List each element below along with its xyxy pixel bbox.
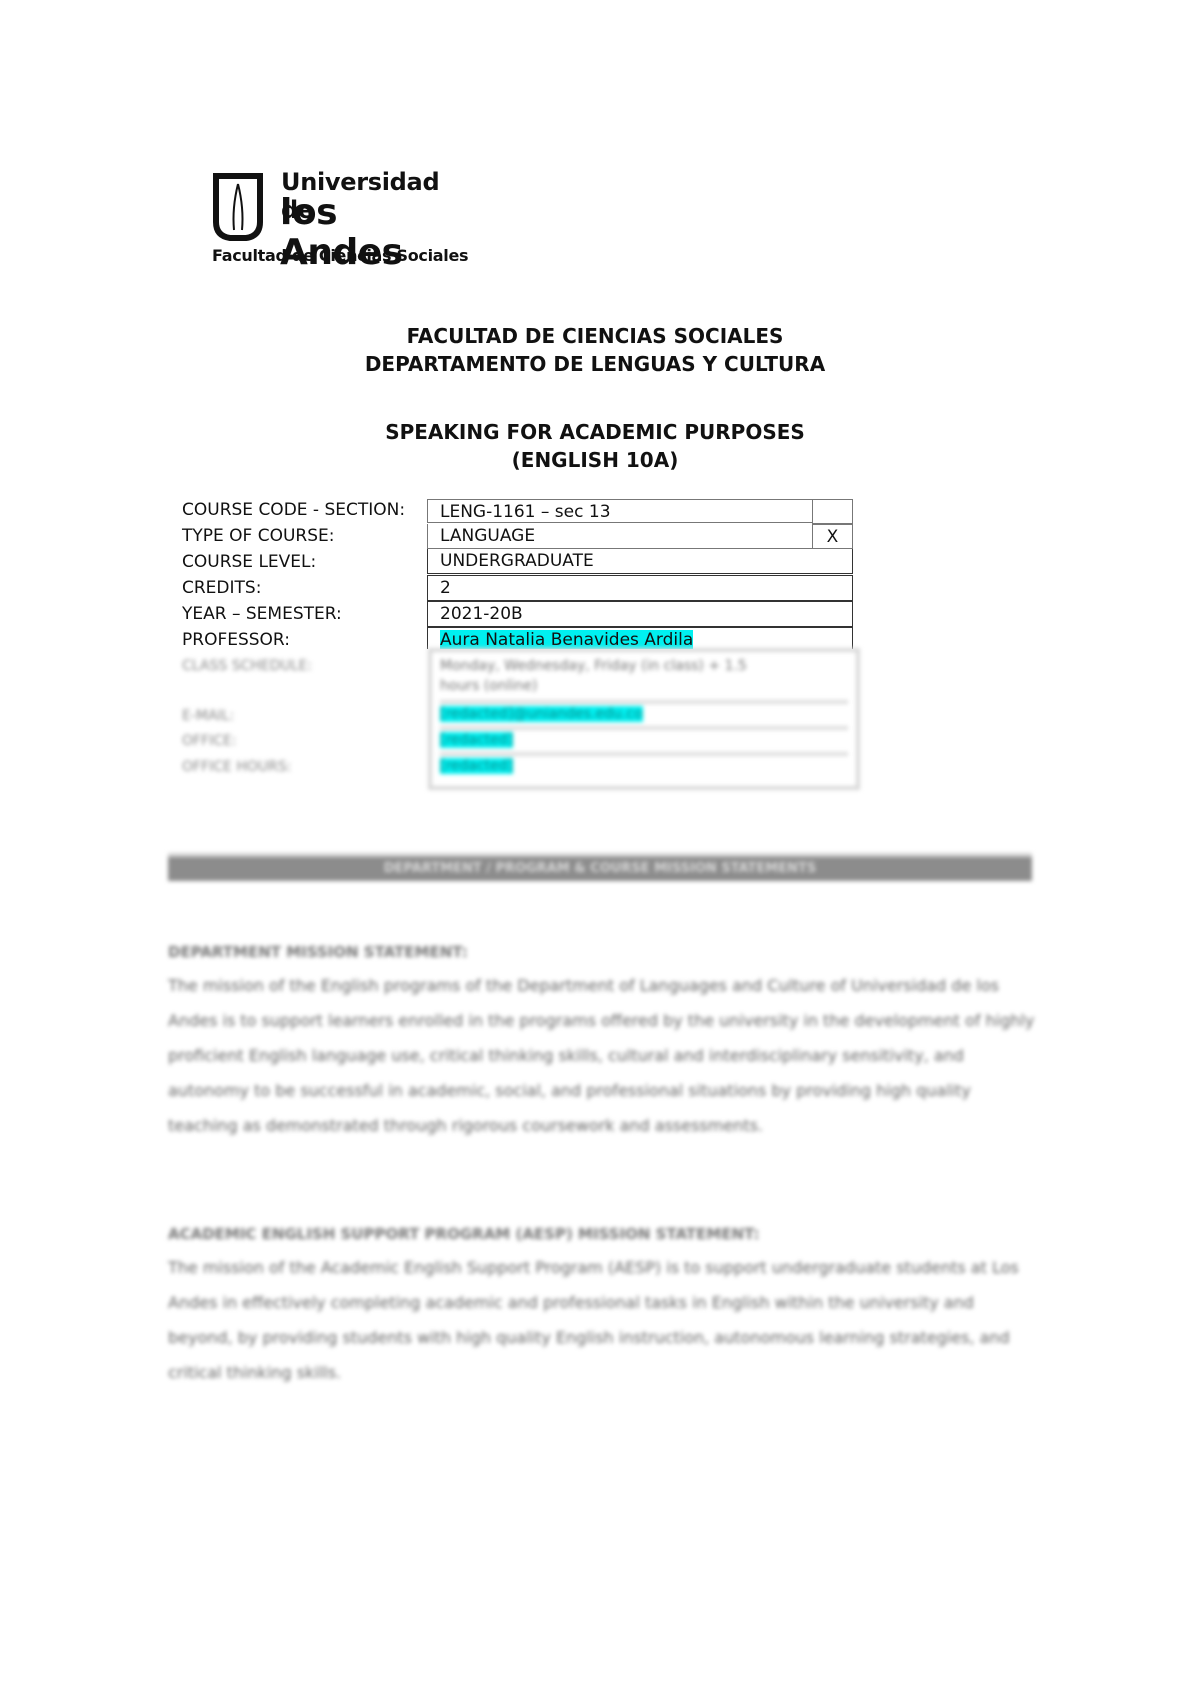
logo-emblem-icon bbox=[212, 172, 264, 242]
redacted-info-box: Monday, Wednesday, Friday (in class) + 1… bbox=[428, 648, 860, 790]
label-credits: CREDITS: bbox=[182, 575, 261, 601]
value-year-semester: 2021-20B bbox=[427, 601, 853, 627]
department-title: DEPARTAMENTO DE LENGUAS Y CULTURA bbox=[0, 350, 1190, 378]
label-class-schedule: CLASS SCHEDULE: bbox=[182, 658, 312, 674]
course-subtitle: (ENGLISH 10A) bbox=[0, 446, 1190, 474]
value-office-hours: [redacted] bbox=[440, 752, 848, 776]
label-professor: PROFESSOR: bbox=[182, 627, 290, 647]
department-mission-text: The mission of the English programs of t… bbox=[168, 968, 1038, 1143]
label-office-hours: OFFICE HOURS: bbox=[182, 759, 291, 775]
value-credits: 2 bbox=[427, 575, 853, 601]
value-type-of-course: LANGUAGE bbox=[427, 524, 813, 549]
aesp-mission-text: The mission of the Academic English Supp… bbox=[168, 1250, 1038, 1390]
section-heading-bar: DEPARTMENT / PROGRAM & COURSE MISSION ST… bbox=[168, 853, 1032, 881]
value-course-code: LENG-1161 – sec 13 bbox=[427, 499, 813, 523]
course-title: SPEAKING FOR ACADEMIC PURPOSES bbox=[0, 418, 1190, 446]
department-mission-title: DEPARTMENT MISSION STATEMENT: bbox=[168, 943, 468, 961]
mark-type-of-course: X bbox=[812, 524, 853, 549]
university-logo: Universidad de los Andes Facultad de Cie… bbox=[212, 172, 462, 268]
faculty-title: FACULTAD DE CIENCIAS SOCIALES bbox=[0, 322, 1190, 350]
value-office: [redacted] bbox=[440, 726, 848, 750]
mark-course-code bbox=[812, 499, 853, 524]
value-class-schedule: Monday, Wednesday, Friday (in class) + 1… bbox=[440, 656, 848, 676]
logo-text-line3: Facultad de Ciencias Sociales bbox=[212, 246, 468, 265]
label-type-of-course: TYPE OF COURSE: bbox=[182, 523, 335, 549]
aesp-mission-title: ACADEMIC ENGLISH SUPPORT PROGRAM (AESP) … bbox=[168, 1225, 760, 1243]
value-professor: Aura Natalia Benavides Ardila bbox=[427, 627, 853, 649]
value-email: [redacted]@uniandes.edu.co bbox=[440, 700, 848, 724]
label-email: E-MAIL: bbox=[182, 708, 234, 724]
label-course-level: COURSE LEVEL: bbox=[182, 549, 316, 575]
professor-name: Aura Natalia Benavides Ardila bbox=[440, 630, 693, 649]
label-office: OFFICE: bbox=[182, 733, 237, 749]
label-year-semester: YEAR – SEMESTER: bbox=[182, 601, 342, 627]
value-course-level: UNDERGRADUATE bbox=[427, 549, 853, 574]
label-course-code: COURSE CODE - SECTION: bbox=[182, 497, 405, 523]
value-class-schedule-cont: hours (online) bbox=[440, 676, 848, 696]
